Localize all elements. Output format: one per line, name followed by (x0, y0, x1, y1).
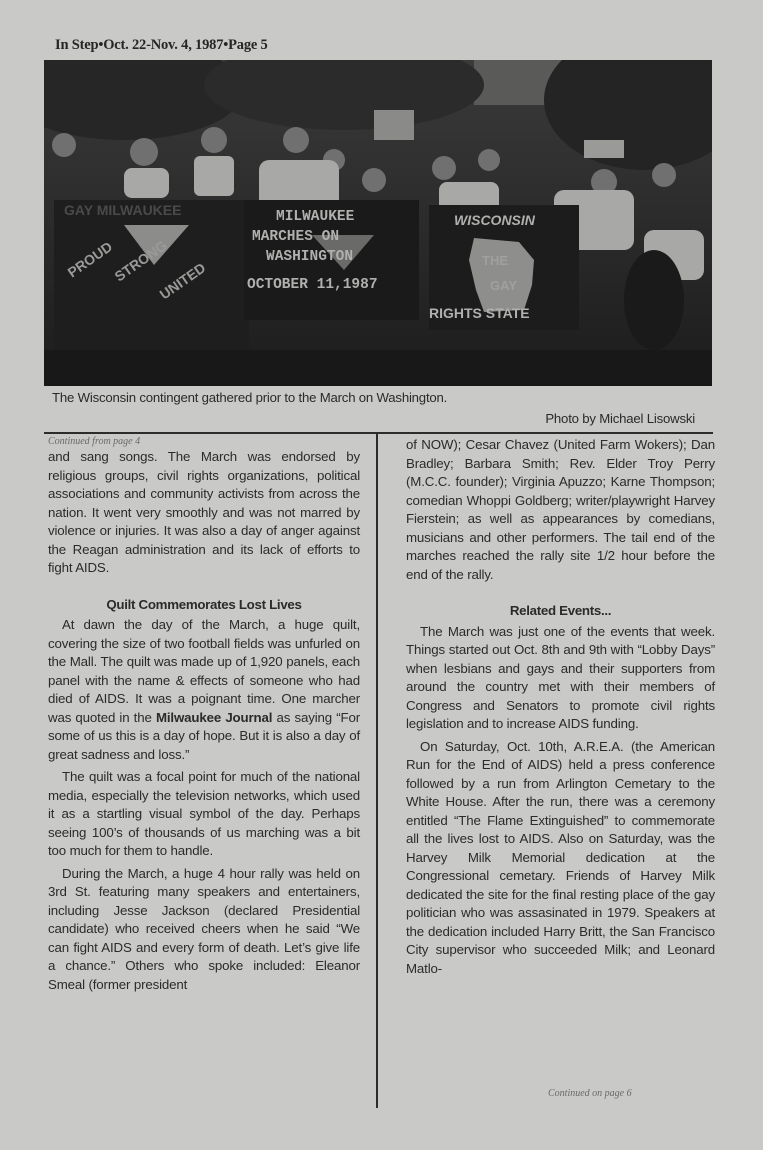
paragraph: On Saturday, Oct. 10th, A.R.E.A. (the Am… (406, 738, 715, 979)
banner-milwaukee-marches: MILWAUKEE MARCHES ON WASHINGTON OCTOBER … (244, 200, 419, 320)
svg-text:GAY: GAY (490, 278, 517, 293)
svg-text:OCTOBER 11,1987: OCTOBER 11,1987 (247, 277, 378, 293)
column-divider (376, 434, 378, 1108)
photo-caption: The Wisconsin contingent gathered prior … (52, 390, 447, 405)
paragraph: and sang songs. The March was endorsed b… (48, 448, 360, 578)
subheading-quilt: Quilt Commemorates Lost Lives (48, 596, 360, 615)
svg-text:WASHINGTON: WASHINGTON (266, 249, 353, 265)
publication-name: Milwaukee Journal (156, 710, 272, 725)
svg-text:THE: THE (482, 253, 508, 268)
svg-text:WISCONSIN: WISCONSIN (454, 212, 536, 228)
banner-wisconsin: WISCONSIN THE GAY RIGHTS STATE (429, 205, 579, 330)
paragraph: At dawn the day of the March, a huge qui… (48, 616, 360, 764)
svg-text:GAY MILWAUKEE: GAY MILWAUKEE (64, 202, 181, 218)
article-column-left: Continued from page 4 and sang songs. Th… (48, 436, 360, 994)
paragraph: The March was just one of the events tha… (406, 623, 715, 734)
page-folio: In Step•Oct. 22-Nov. 4, 1987•Page 5 (55, 37, 268, 54)
svg-text:RIGHTS STATE: RIGHTS STATE (429, 305, 530, 321)
march-photo: GAY MILWAUKEE PROUD STRONG UNITED MILWAU… (44, 60, 712, 386)
jump-to-line: Continued on page 6 (548, 1088, 632, 1099)
subheading-related-events: Related Events... (406, 602, 715, 621)
text-span: At dawn the day of the March, a huge qui… (48, 617, 360, 725)
svg-text:MILWAUKEE: MILWAUKEE (276, 209, 355, 225)
svg-text:MARCHES ON: MARCHES ON (252, 229, 339, 245)
horizontal-rule (44, 432, 713, 434)
article-column-right: of NOW); Cesar Chavez (United Farm Woker… (406, 436, 715, 978)
paragraph: The quilt was a focal point for much of … (48, 768, 360, 861)
photo-credit: Photo by Michael Lisowski (545, 411, 695, 426)
banner-proud-strong-united: GAY MILWAUKEE PROUD STRONG UNITED (54, 200, 249, 360)
paragraph: of NOW); Cesar Chavez (United Farm Woker… (406, 436, 715, 584)
jump-from-line: Continued from page 4 (48, 436, 360, 448)
paragraph: During the March, a huge 4 hour rally wa… (48, 865, 360, 995)
